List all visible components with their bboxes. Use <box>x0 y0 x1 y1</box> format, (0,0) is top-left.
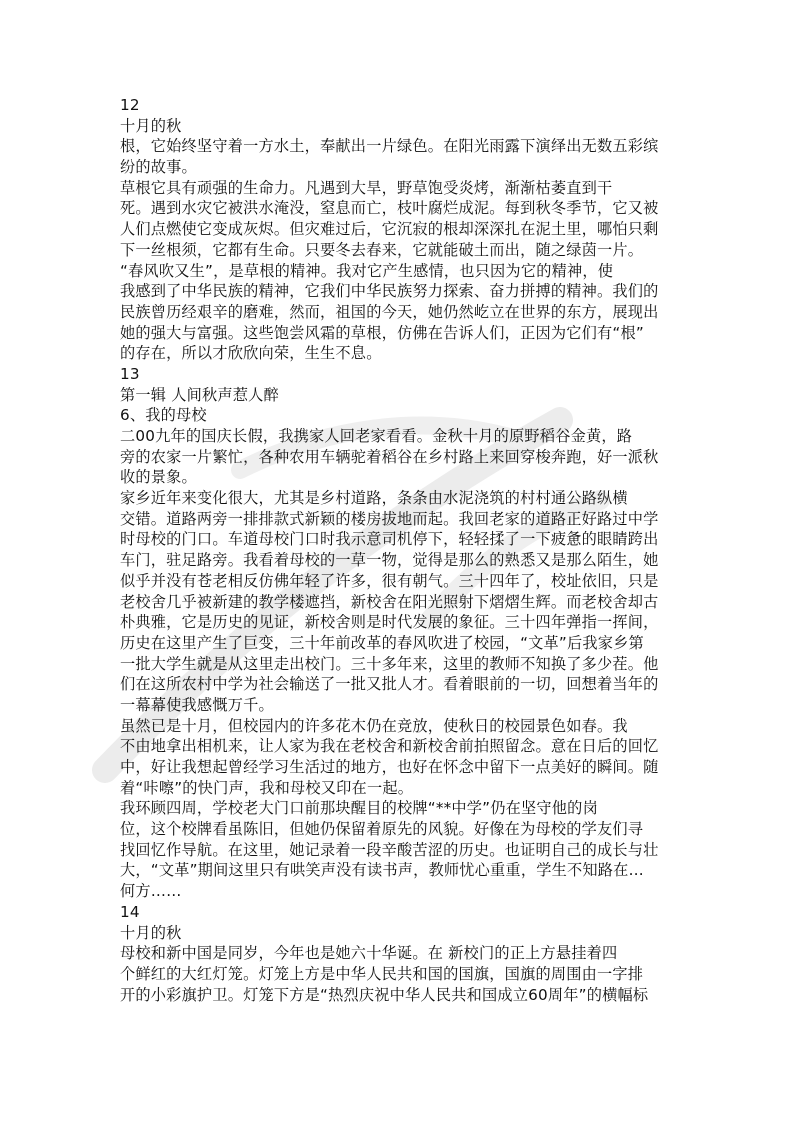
text-line: 历史在这里产生了巨变，三十年前改革的春风吹进了校园，“文革”后我家乡第 <box>120 633 680 654</box>
text-line: 十月的秋 <box>120 116 680 137</box>
text-line: 一批大学生就是从这里走出校门。三十多年来，这里的教师不知换了多少茬。他 <box>120 654 680 675</box>
text-line: 我环顾四周，学校老大门口前那块醒目的校牌“**中学”仍在坚守他的岗 <box>120 798 680 819</box>
text-line: 交错。道路两旁一排排款式新颖的楼房拔地而起。我回老家的道路正好路过中学 <box>120 509 680 530</box>
text-line: 死。遇到水灾它被洪水淹没，窒息而亡，枝叶腐烂成泥。每到秋冬季节，它又被 <box>120 198 680 219</box>
text-line: 我感到了中华民族的精神，它我们中华民族努力探索、奋力拼搏的精神。我们的 <box>120 281 680 302</box>
text-line: 不由地拿出相机来，让人家为我在老校舍和新校舍前拍照留念。意在日后的回忆 <box>120 736 680 757</box>
text-line: 收的景象。 <box>120 467 680 488</box>
text-line: 时母校的门口。车道母校门口时我示意司机停下，轻轻揉了一下疲惫的眼睛跨出 <box>120 529 680 550</box>
section-title: 第一辑 人间秋声惹人醉 <box>120 385 680 406</box>
text-line: 下一丝根须，它都有生命。只要冬去春来，它就能破土而出，随之绿茵一片。 <box>120 240 680 261</box>
text-line: 的存在，所以才欣欣向荣，生生不息。 <box>120 343 680 364</box>
page-number: 14 <box>120 902 680 923</box>
text-line: 老校舍几乎被新建的教学楼遮挡，新校舍在阳光照射下熠熠生辉。而老校舍却古 <box>120 592 680 613</box>
text-line: 开的小彩旗护卫。灯笼下方是“热烈庆祝中华人民共和国成立60周年”的横幅标 <box>120 985 680 1006</box>
text-line: 们在这所农村中学为社会输送了一批又批人才。看着眼前的一切，回想着当年的 <box>120 674 680 695</box>
text-line: 朴典雅，它是历史的见证，新校舍则是时代发展的象征。三十四年弹指一挥间， <box>120 612 680 633</box>
page-number: 13 <box>120 364 680 385</box>
text-line: 个鲜红的大红灯笼。灯笼上方是中华人民共和国的国旗，国旗的周围由一字排 <box>120 964 680 985</box>
text-line: 根，它始终坚守着一方水土，奉献出一片绿色。在阳光雨露下演绎出无数五彩缤 <box>120 136 680 157</box>
text-line: 车门，驻足路旁。我看着母校的一草一物，觉得是那么的熟悉又是那么陌生，她 <box>120 550 680 571</box>
text-line: 母校和新中国是同岁，今年也是她六十华诞。在 新校门的正上方悬挂着四 <box>120 943 680 964</box>
text-line: 民族曾历经艰辛的磨难，然而，祖国的今天，她仍然屹立在世界的东方，展现出 <box>120 302 680 323</box>
text-line: 大，“文革”期间这里只有哄笑声没有读书声，教师忧心重重，学生不知路在… <box>120 860 680 881</box>
chapter-title: 6、我的母校 <box>120 405 680 426</box>
document-body: 12 十月的秋 根，它始终坚守着一方水土，奉献出一片绿色。在阳光雨露下演绎出无数… <box>120 95 680 1005</box>
document-page: 12 十月的秋 根，它始终坚守着一方水土，奉献出一片绿色。在阳光雨露下演绎出无数… <box>0 0 793 1122</box>
text-line: 家乡近年来变化很大，尤其是乡村道路，条条由水泥浇筑的村村通公路纵横 <box>120 488 680 509</box>
text-line: 找回忆作导航。在这里，她记录着一段辛酸苦涩的历史。也证明自己的成长与壮 <box>120 840 680 861</box>
text-line: 位，这个校牌看虽陈旧，但她仍保留着原先的风貌。好像在为母校的学友们寻 <box>120 819 680 840</box>
text-line: 一幕幕使我感慨万千。 <box>120 695 680 716</box>
text-line: “春风吹又生”，是草根的精神。我对它产生感情，也只因为它的精神，使 <box>120 261 680 282</box>
text-line: 草根它具有顽强的生命力。凡遇到大旱，野草饱受炎烤，渐渐枯萎直到干 <box>120 178 680 199</box>
text-line: 二00九年的国庆长假，我携家人回老家看看。金秋十月的原野稻谷金黄，路 <box>120 426 680 447</box>
running-header: 十月的秋 <box>120 923 680 944</box>
text-line: 着“咔嚓”的快门声，我和母校又印在一起。 <box>120 778 680 799</box>
text-line: 纷的故事。 <box>120 157 680 178</box>
text-line: 12 <box>120 95 680 116</box>
text-line: 中，好让我想起曾经学习生活过的地方，也好在怀念中留下一点美好的瞬间。随 <box>120 757 680 778</box>
text-line: 何方…… <box>120 881 680 902</box>
text-line: 似乎并没有苍老相反仿佛年轻了许多，很有朝气。三十四年了，校址依旧，只是 <box>120 571 680 592</box>
text-line: 旁的农家一片繁忙，各种农用车辆驼着稻谷在乡村路上来回穿梭奔跑，好一派秋 <box>120 447 680 468</box>
text-line: 人们点燃使它变成灰烬。但灾难过后，它沉寂的根却深深扎在泥土里，哪怕只剩 <box>120 219 680 240</box>
text-line: 虽然已是十月，但校园内的许多花木仍在竞放，使秋日的校园景色如春。我 <box>120 716 680 737</box>
text-line: 她的强大与富强。这些饱尝风霜的草根，仿佛在告诉人们，正因为它们有“根” <box>120 323 680 344</box>
